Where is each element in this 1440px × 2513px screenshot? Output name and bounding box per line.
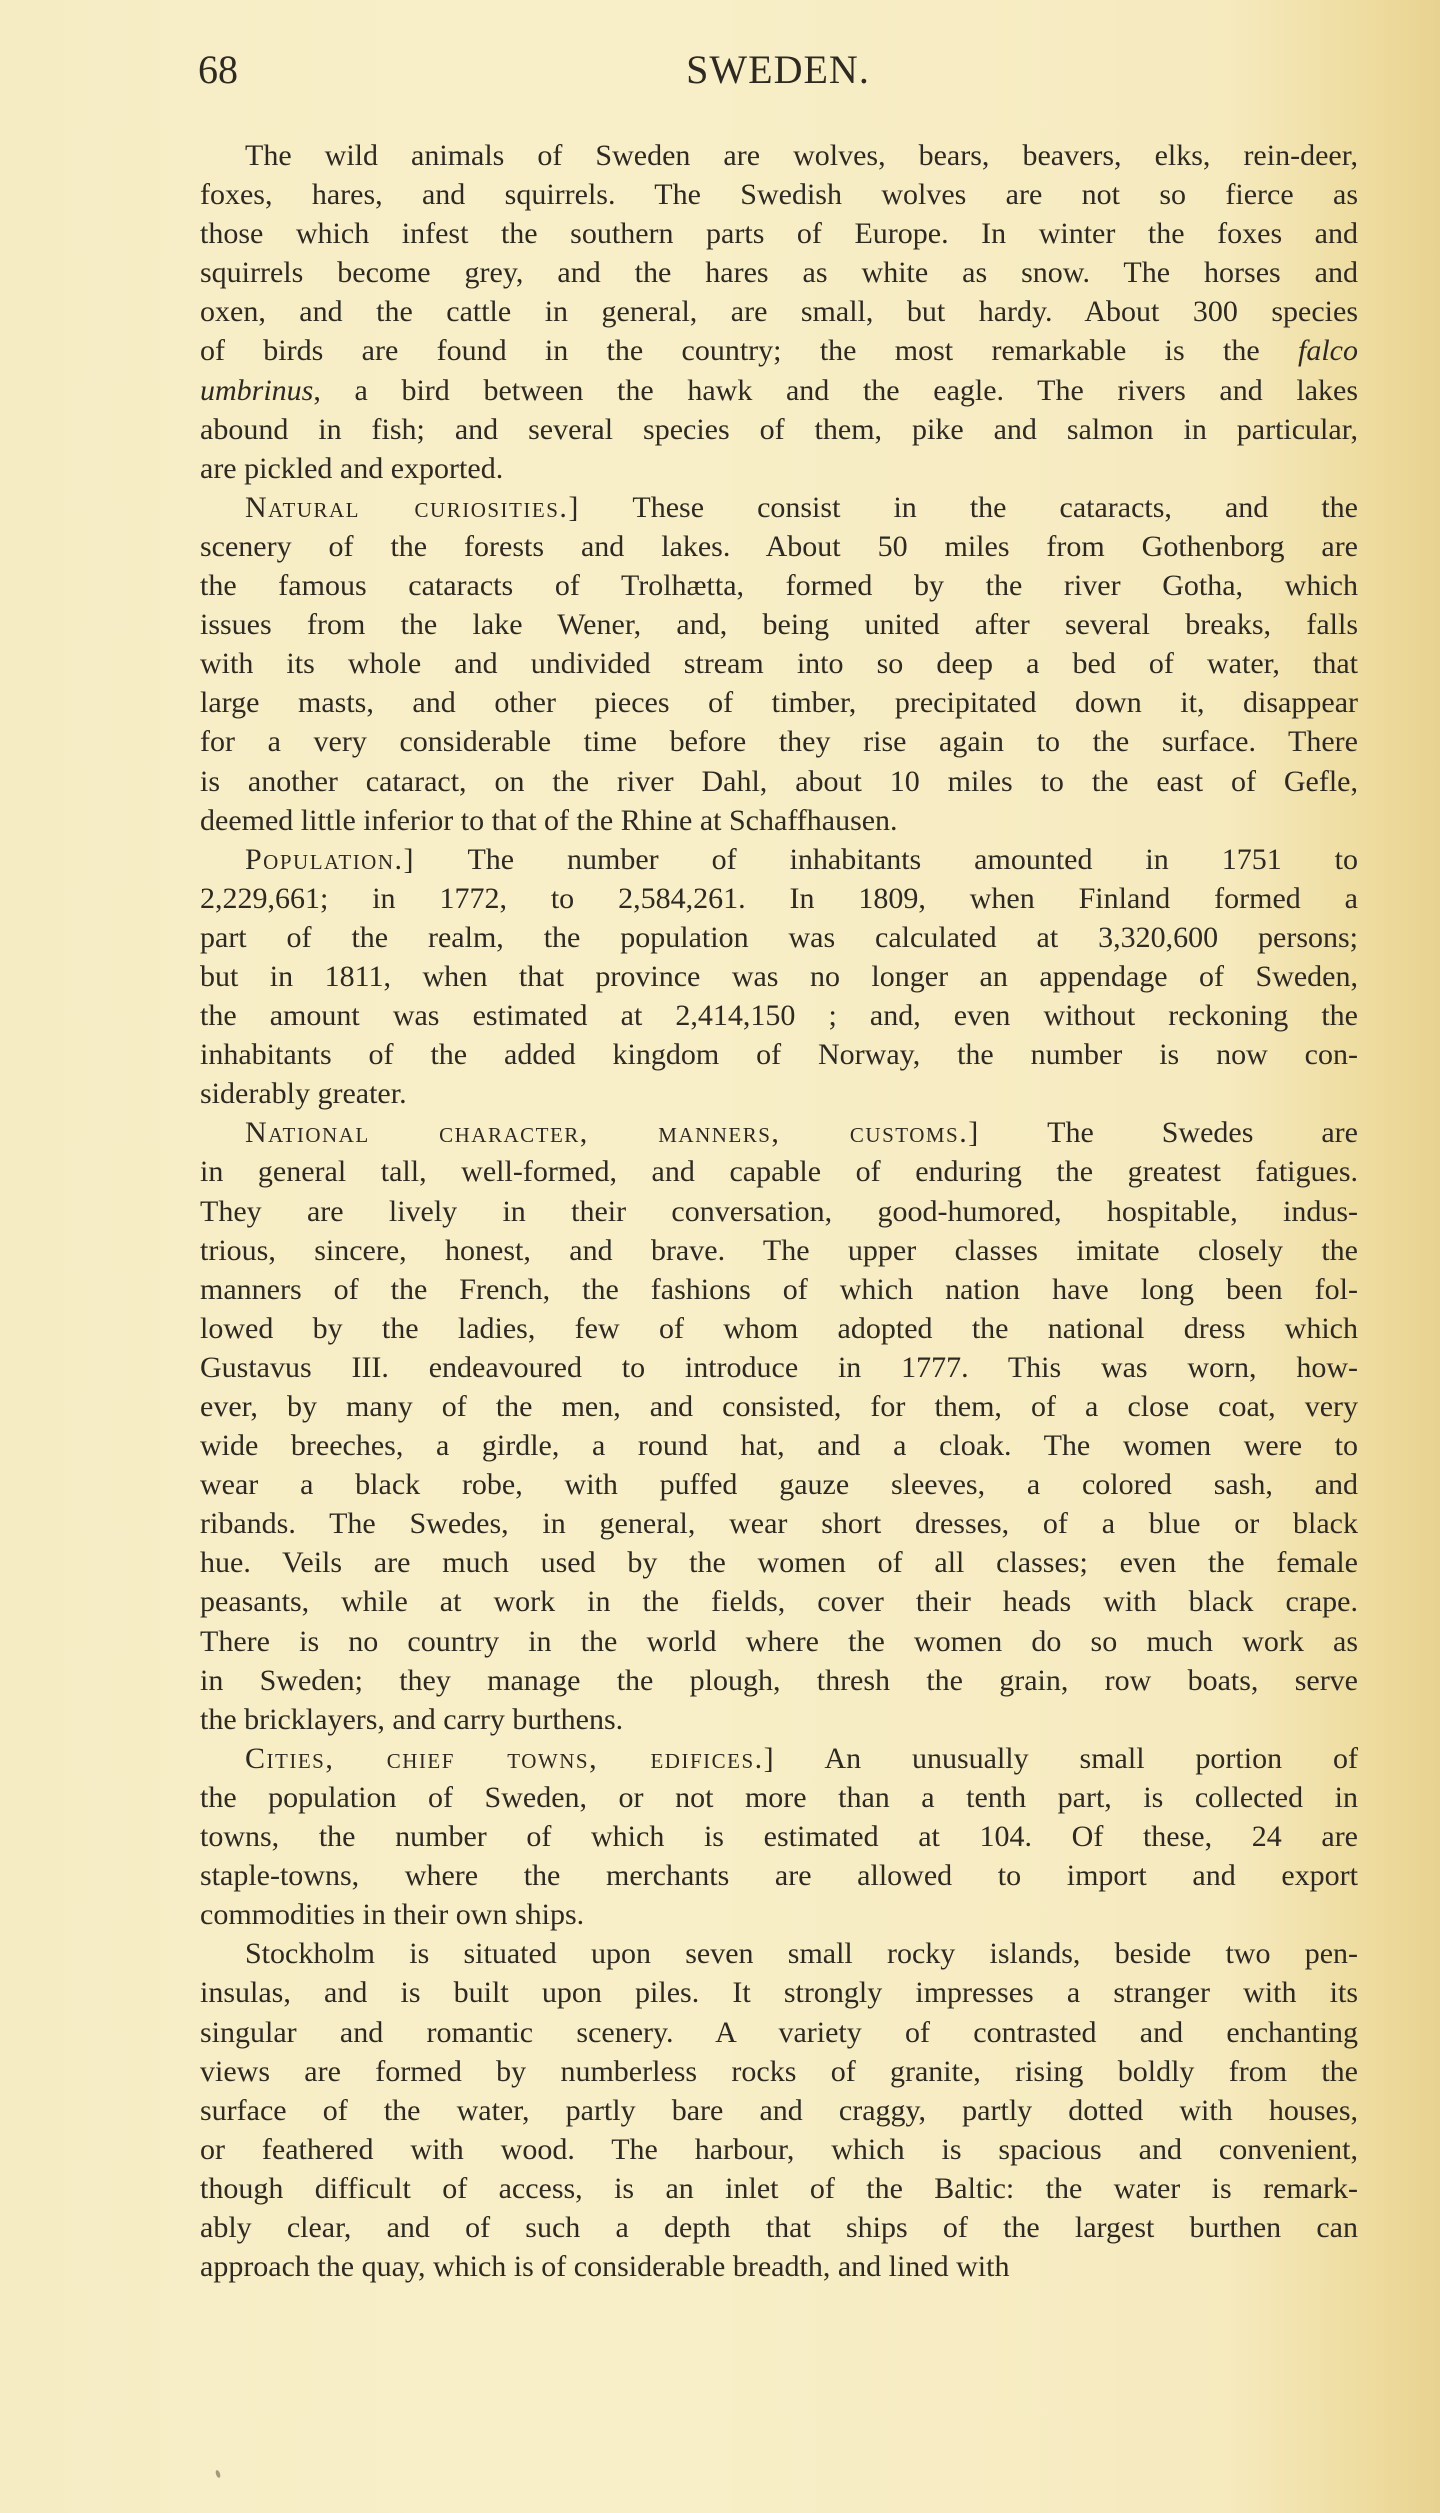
text-line: The wild animals of Sweden are wolves, b… [200,136,1358,175]
text-line: insulas, and is built upon piles. It str… [200,1973,1358,2012]
text-line: Cities, chief towns, edifices.] An unusu… [200,1739,1358,1778]
text-line: Population.] The number of inhabitants a… [200,840,1358,879]
text-line: but in 1811, when that province was no l… [200,957,1358,996]
text-line: towns, the number of which is estimated … [200,1817,1358,1856]
text-line: those which infest the southern parts of… [200,214,1358,253]
text-line: peasants, while at work in the fields, c… [200,1582,1358,1621]
text-line: trious, sincere, honest, and brave. The … [200,1231,1358,1270]
text-line: in general tall, well-formed, and capabl… [200,1152,1358,1191]
paragraph-stockholm: Stockholm is situated upon seven small r… [200,1934,1358,2286]
text-line: commodities in their own ships. [200,1895,1358,1934]
text-line: 2,229,661; in 1772, to 2,584,261. In 180… [200,879,1358,918]
text-line: the famous cataracts of Trolhætta, forme… [200,566,1358,605]
paragraph-natural-curiosities: Natural curiosities.] These consist in t… [200,488,1358,840]
text-line: is another cataract, on the river Dahl, … [200,762,1358,801]
paragraph-cities: Cities, chief towns, edifices.] An unusu… [200,1739,1358,1934]
text-line: foxes, hares, and squirrels. The Swedish… [200,175,1358,214]
paragraph-population: Population.] The number of inhabitants a… [200,840,1358,1114]
text-line: surface of the water, partly bare and cr… [200,2091,1358,2130]
text-line: approach the quay, which is of considera… [200,2247,1358,2286]
text-line: abound in fish; and several species of t… [200,410,1358,449]
text-line: Gustavus III. endeavoured to introduce i… [200,1348,1358,1387]
section-heading: National character, manners, customs.] [245,1116,980,1149]
text-line: staple-towns, where the merchants are al… [200,1856,1358,1895]
text-line: ribands. The Swedes, in general, wear sh… [200,1504,1358,1543]
text-line: National character, manners, customs.] T… [200,1113,1358,1152]
text-line: oxen, and the cattle in general, are sma… [200,292,1358,331]
text-line: are pickled and exported. [200,449,1358,488]
text-line: scenery of the forests and lakes. About … [200,527,1358,566]
text-line: with its whole and undivided stream into… [200,644,1358,683]
text-line: Natural curiosities.] These consist in t… [200,488,1358,527]
text-line: or feathered with wood. The harbour, whi… [200,2130,1358,2169]
italic-term: falco [1298,334,1358,367]
text-line: There is no country in the world where t… [200,1622,1358,1661]
text-line: for a very considerable time before they… [200,722,1358,761]
section-heading: Population.] [245,843,415,876]
text-line: They are lively in their conversation, g… [200,1192,1358,1231]
text-line: squirrels become grey, and the hares as … [200,253,1358,292]
text-line: manners of the French, the fashions of w… [200,1270,1358,1309]
text-line: the population of Sweden, or not more th… [200,1778,1358,1817]
page-header: 68 SWEDEN. [198,48,1358,92]
text-line: ever, by many of the men, and consisted,… [200,1387,1358,1426]
text-line: views are formed by numberless rocks of … [200,2052,1358,2091]
text-line: siderably greater. [200,1074,1358,1113]
text-line: wear a black robe, with puffed gauze sle… [200,1465,1358,1504]
section-heading: Natural curiosities.] [245,491,580,524]
paragraph-national-character: National character, manners, customs.] T… [200,1113,1358,1739]
section-heading: Cities, chief towns, edifices.] [245,1742,775,1775]
text-line: singular and romantic scenery. A variety… [200,2013,1358,2052]
text-line: wide breeches, a girdle, a round hat, an… [200,1426,1358,1465]
text-line: of birds are found in the country; the m… [200,331,1358,370]
body-text: The wild animals of Sweden are wolves, b… [200,136,1358,2286]
text-line: lowed by the ladies, few of whom adopted… [200,1309,1358,1348]
text-line: issues from the lake Wener, and, being u… [200,605,1358,644]
text-line: Stockholm is situated upon seven small r… [200,1934,1358,1973]
text-line: though difficult of access, is an inlet … [200,2169,1358,2208]
text-line: part of the realm, the population was ca… [200,918,1358,957]
text-line: the amount was estimated at 2,414,150 ; … [200,996,1358,1035]
text-line: deemed little inferior to that of the Rh… [200,801,1358,840]
italic-term: umbrinus [200,374,313,407]
text-line: in Sweden; they manage the plough, thres… [200,1661,1358,1700]
text-line: inhabitants of the added kingdom of Norw… [200,1035,1358,1074]
text-line: ably clear, and of such a depth that shi… [200,2208,1358,2247]
paper-speck [215,2470,221,2479]
text-line: large masts, and other pieces of timber,… [200,683,1358,722]
text-line: umbrinus, a bird between the hawk and th… [200,371,1358,410]
paragraph-wild-animals: The wild animals of Sweden are wolves, b… [200,136,1358,488]
text-line: the bricklayers, and carry burthens. [200,1700,1358,1739]
running-title: SWEDEN. [198,48,1358,92]
text-line: hue. Veils are much used by the women of… [200,1543,1358,1582]
